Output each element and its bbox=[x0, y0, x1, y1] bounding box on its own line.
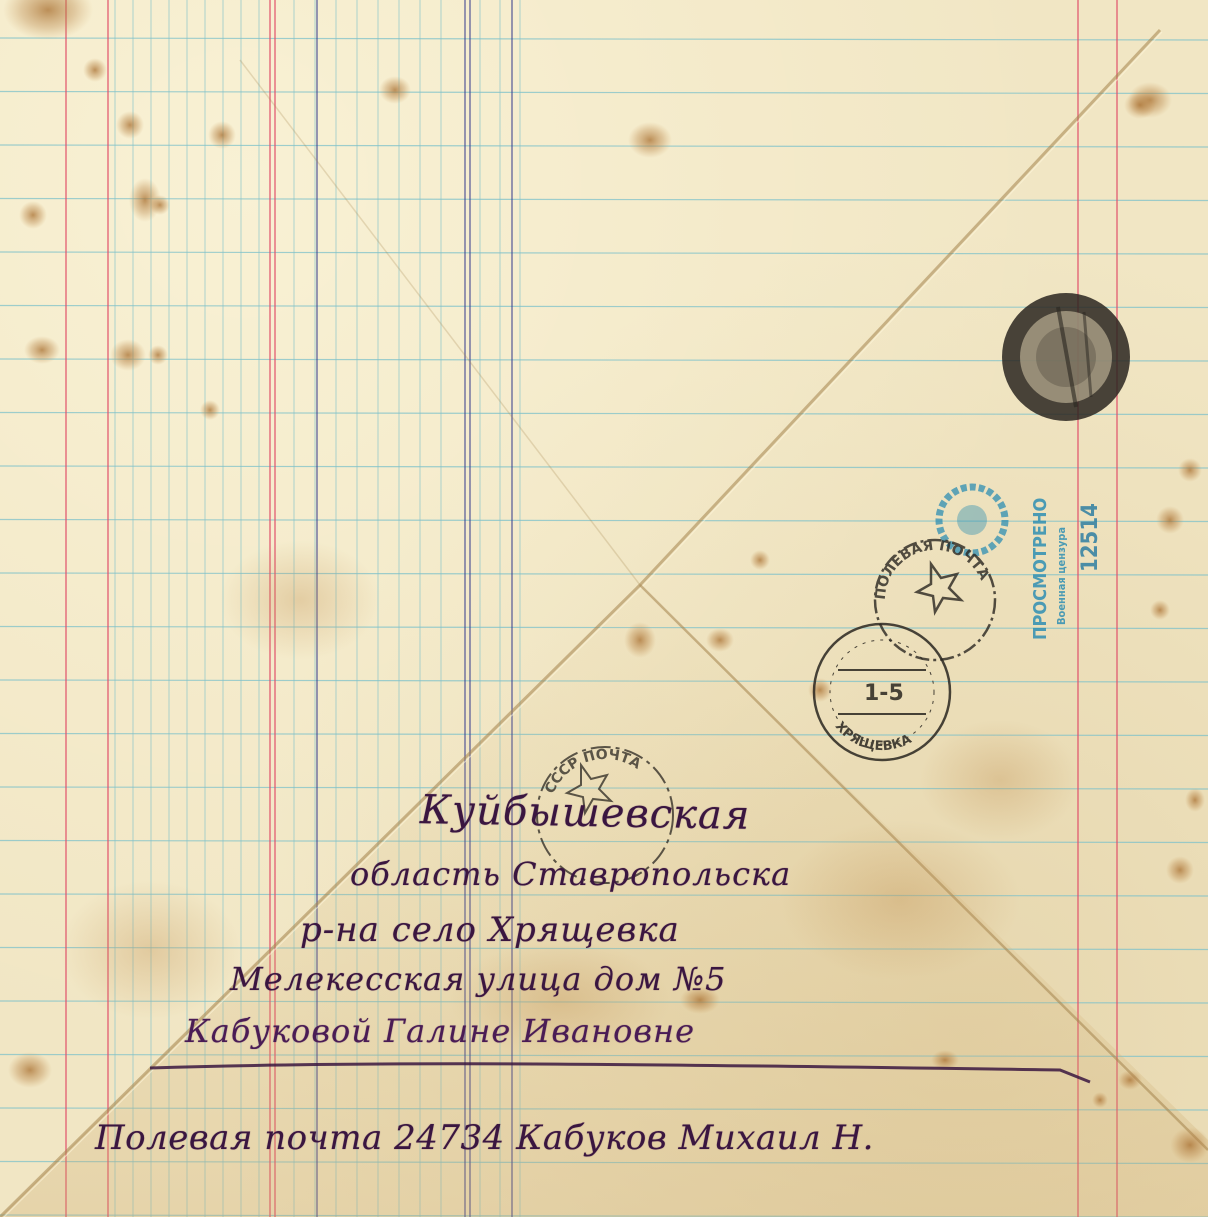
sender-line: Полевая почта 24734 Кабуков Михаил Н. bbox=[95, 1118, 874, 1158]
postmark-lower: ХРЯЩЕВКА 1-5 bbox=[814, 624, 950, 760]
letter-sheet: ПОЛЕВАЯ ПОЧТА ХРЯЩЕВКА 1-5 СССР ПОЧТА ПР… bbox=[0, 0, 1208, 1217]
address-line-3: р-на село Хрящевка bbox=[300, 910, 680, 950]
svg-text:1-5: 1-5 bbox=[864, 681, 904, 706]
address-line-4: Мелекесская улица дом №5 bbox=[230, 960, 726, 998]
censor-stamp-sublabel: Военная цензура bbox=[1055, 527, 1068, 625]
address-line-1: Куйбышевская bbox=[420, 787, 751, 839]
censor-stamp-label: ПРОСМОТРЕНО bbox=[1030, 498, 1051, 640]
address-line-5: Кабуковой Галине Ивановне bbox=[185, 1012, 695, 1050]
postmark-mid: ПОЛЕВАЯ ПОЧТА bbox=[873, 538, 995, 660]
postmark-blot bbox=[1002, 293, 1130, 421]
address-line-2: область Ставропольска bbox=[350, 855, 791, 893]
fold-crease-faint bbox=[240, 60, 640, 585]
censor-stamp-number: 12514 bbox=[1078, 503, 1103, 572]
svg-text:ПОЛЕВАЯ ПОЧТА: ПОЛЕВАЯ ПОЧТА bbox=[873, 538, 992, 601]
